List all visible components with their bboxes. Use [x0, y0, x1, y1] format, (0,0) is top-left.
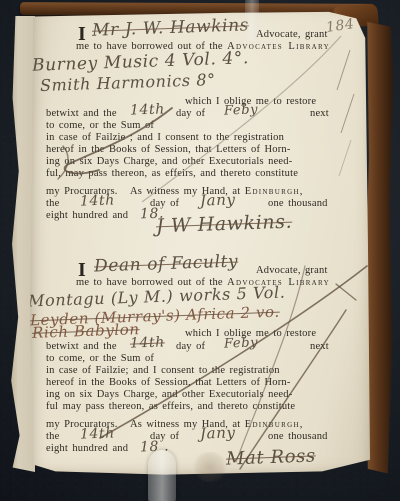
form2-sign-day: 14th	[80, 425, 115, 442]
form2-eight-hundred: eight hundred and	[46, 443, 128, 455]
form1-city-name: Edinburgh,	[245, 186, 304, 197]
page-fore-edges	[7, 16, 35, 472]
form2-sum-text: to come, or the Sum of	[46, 353, 154, 365]
form2-city-name: Edinburgh,	[245, 419, 304, 430]
form1-sum-text: to come, or the Sum of	[46, 120, 154, 132]
form2-failzie-line2: hereof in the Books of Session, that Let…	[46, 377, 291, 389]
form2-failzie-line1: in case of Failzie; and I consent to the…	[46, 365, 280, 377]
form1-sign-month: Jany	[200, 190, 236, 209]
form1-failzie-line2: hereof in the Books of Session, that Let…	[46, 144, 291, 156]
form1-due-day: 14th	[130, 101, 165, 118]
form1-borrower-name: Mr J. W. Hawkins	[92, 15, 250, 40]
form2-borrower-name: Dean of Faculty	[94, 251, 239, 276]
form1-the-label: the	[46, 198, 59, 210]
page-weight-strip-top	[245, 0, 259, 41]
form2-due-day: 14th	[130, 334, 165, 351]
form2-betwixt-text: betwixt and the	[46, 341, 117, 353]
photographed-register-page: 184 I Mr J. W. Hawkins Advocate, grant m…	[0, 0, 400, 501]
form1-failzie-line4: ful, may pass thereon, as effeirs, and t…	[46, 168, 298, 180]
page-number: 184	[325, 16, 355, 36]
form1-eight-hundred: eight hundred and	[46, 210, 128, 222]
ink-stain	[192, 452, 228, 482]
form1-sign-day: 14th	[80, 192, 115, 209]
form1-due-month: Feby	[224, 102, 259, 118]
page-weight-strip-bottom	[148, 450, 176, 501]
form1-one-thousand: one thousand	[268, 198, 328, 210]
form2-due-dayof: day of	[176, 341, 205, 353]
form2-book-entry-3: Rich Babylon	[32, 320, 140, 342]
form2-one-thousand: one thousand	[268, 431, 328, 443]
form1-next-text: next	[310, 108, 329, 120]
form2-grant-text: Advocate, grant	[256, 265, 328, 277]
register-page: 184 I Mr J. W. Hawkins Advocate, grant m…	[28, 10, 370, 476]
form2-due-month: Feby	[224, 335, 259, 351]
form1-betwixt-text: betwixt and the	[46, 108, 117, 120]
form1-grant-text: Advocate, grant	[256, 29, 328, 41]
form1-failzie-line3: ing on six Days Charge, and other Execut…	[46, 156, 292, 168]
form1-signature: J W Hawkins.	[156, 211, 293, 238]
form1-due-dayof: day of	[176, 108, 205, 120]
form2-the-label: the	[46, 431, 59, 443]
form2-signature: Mat Ross	[226, 445, 316, 469]
form1-failzie-line1: in case of Failzie ; and I consent to th…	[46, 132, 284, 144]
form2-failzie-line4: ful may pass thereon, as effeirs, and th…	[46, 401, 295, 413]
form2-next-text: next	[310, 341, 329, 353]
form2-sign-month: Jany	[200, 423, 236, 442]
form2-failzie-line3: ing on six Days Charge, and other Execut…	[46, 389, 292, 401]
